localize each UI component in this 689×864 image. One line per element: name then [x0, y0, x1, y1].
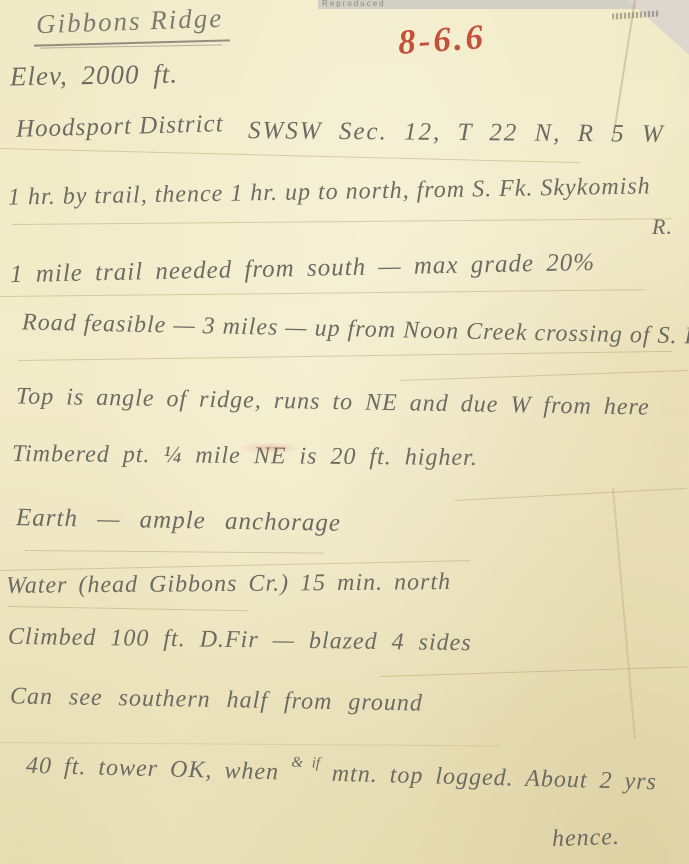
- paper-crease: [400, 370, 688, 381]
- line-tower: 40 ft. tower OK, when & if mtn. top logg…: [26, 754, 657, 795]
- line-visibility: Can see southern half from ground: [10, 684, 423, 715]
- scanned-note-page: Reproduced Gibbons Ridge 8-6.6 Elev, 200…: [0, 0, 689, 864]
- tower-text-pre: 40 ft. tower OK, when: [26, 753, 280, 786]
- line-elevation: Elev, 2000 ft.: [10, 61, 178, 91]
- line-ridge-top: Top is angle of ridge, runs to NE and du…: [16, 384, 650, 419]
- tower-inserted-text: & if: [291, 755, 320, 772]
- paper-edge: [612, 0, 636, 138]
- line-legal-location: SWSW Sec. 12, T 22 N, R 5 W: [248, 118, 665, 147]
- paper-crease: [18, 351, 673, 361]
- paper-crease: [12, 218, 672, 225]
- paper-crease: [8, 606, 248, 611]
- tower-text-post: mtn. top logged. About 2 yrs: [331, 761, 657, 796]
- line-timbered-point: Timbered pt. ¼ mile NE is 20 ft. higher.: [12, 442, 478, 470]
- overlapping-sheet-corner: [628, 0, 689, 55]
- page-title: Gibbons Ridge: [36, 5, 224, 39]
- line-road-feasible: Road feasible — 3 miles — up from Noon C…: [22, 310, 689, 349]
- paper-crease: [0, 289, 645, 297]
- line-access: 1 hr. by trail, thence 1 hr. up to north…: [8, 174, 651, 209]
- line-trail-needed: 1 mile trail needed from south — max gra…: [10, 250, 596, 287]
- paper-crease: [25, 550, 325, 554]
- line-tower-wrap: hence.: [552, 825, 621, 851]
- paper-crease: [380, 666, 688, 677]
- paper-crease: [0, 148, 580, 163]
- red-index-number: 8-6.6: [397, 19, 487, 60]
- line-access-wrap: R.: [652, 216, 673, 238]
- line-soil-anchorage: Earth — ample anchorage: [16, 505, 341, 536]
- line-district: Hoodsport District: [16, 111, 224, 141]
- paper-crease: [0, 742, 500, 746]
- line-water-source: Water (head Gibbons Cr.) 15 min. north: [6, 570, 451, 598]
- paper-crease: [455, 488, 687, 501]
- line-climbed-tree: Climbed 100 ft. D.Fir — blazed 4 sides: [8, 625, 472, 655]
- paper-edge: [612, 488, 636, 739]
